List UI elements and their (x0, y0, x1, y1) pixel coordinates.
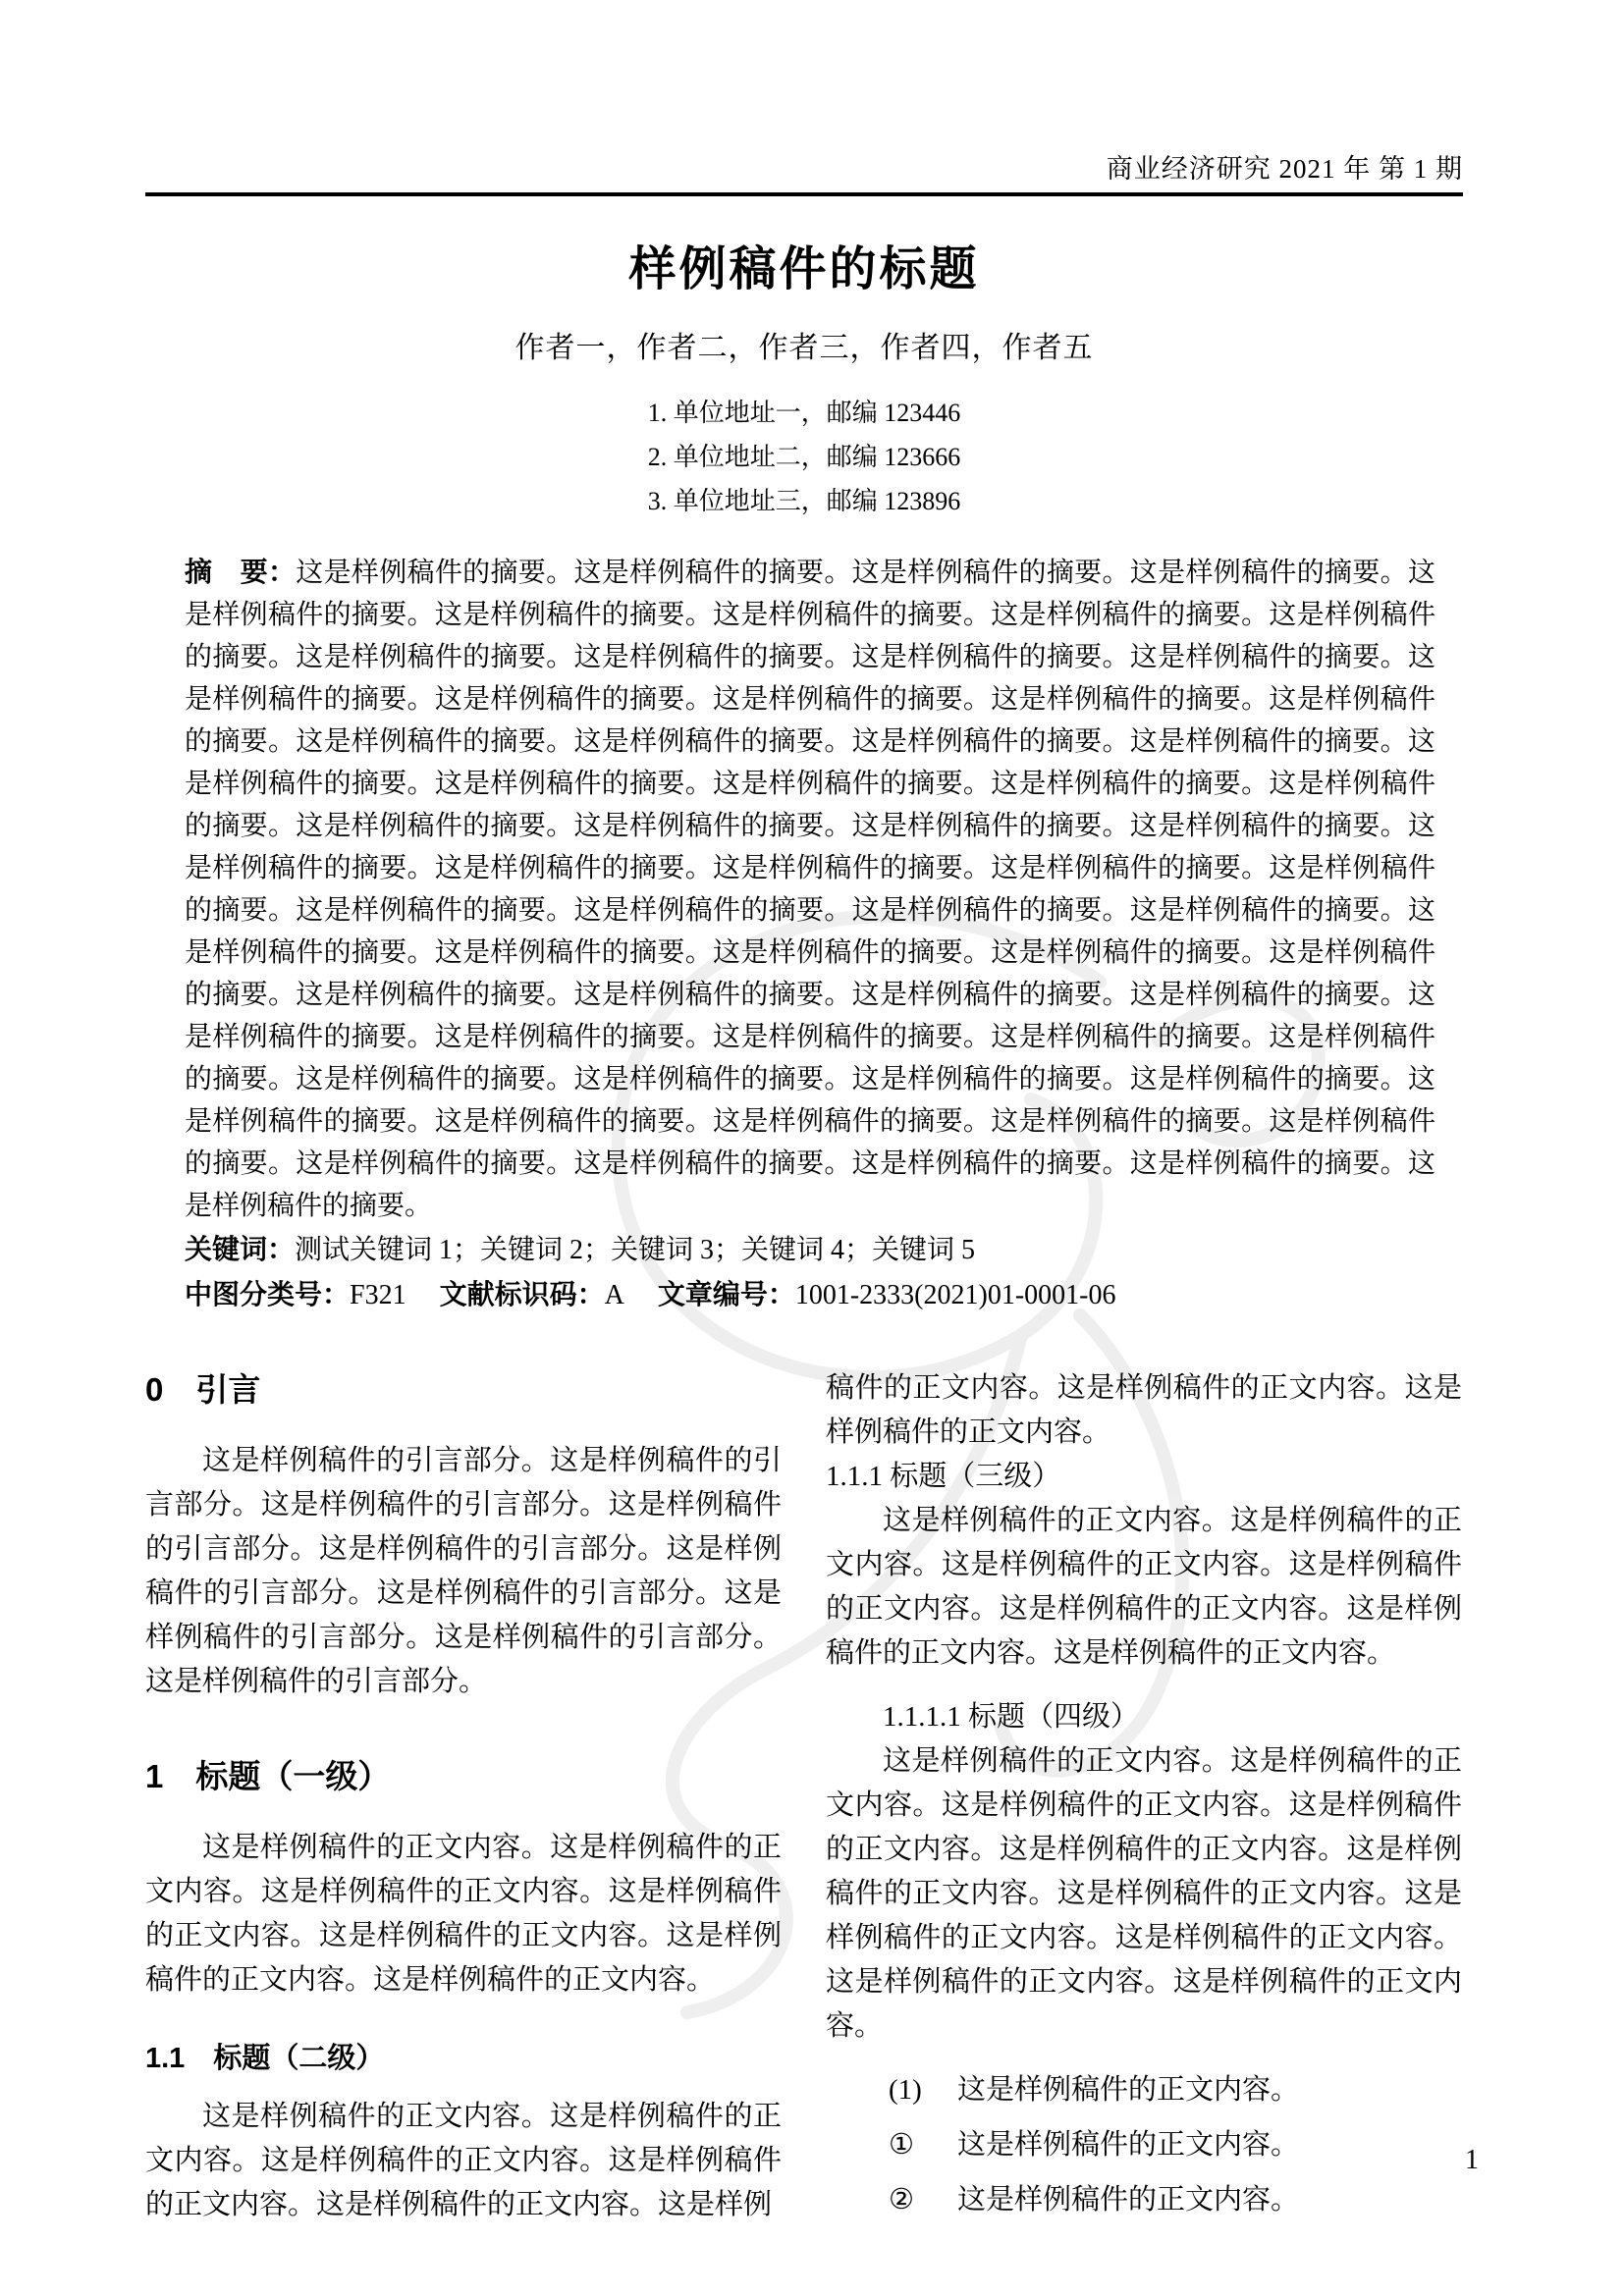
page-number: 1 (1465, 2138, 1479, 2182)
affiliation-item: 2. 单位地址二，邮编 123666 (145, 435, 1463, 479)
section-heading-1: 1 标题（一级） (145, 1753, 782, 1800)
journal-page: 商业经济研究 2021 年 第 1 期 样例稿件的标题 作者一，作者二，作者三，… (0, 0, 1624, 2296)
list-item: (1)这是样例稿件的正文内容。 (826, 2062, 1462, 2117)
intro-paragraph: 这是样例稿件的引言部分。这是样例稿件的引言部分。这是样例稿件的引言部分。这是样例… (145, 1439, 782, 1704)
list-item-marker: ② (889, 2172, 957, 2227)
affiliation-item: 1. 单位地址一，邮编 123446 (145, 391, 1463, 435)
section-heading-1-1: 1.1 标题（二级） (145, 2038, 782, 2079)
affiliation-list: 1. 单位地址一，邮编 123446 2. 单位地址二，邮编 123666 3.… (145, 391, 1463, 523)
keywords-line: 关键词：测试关键词 1；关键词 2；关键词 3；关键词 4；关键词 5 (185, 1227, 1435, 1272)
article-id-value: 1001-2333(2021)01-0001-06 (795, 1280, 1116, 1310)
journal-header: 商业经济研究 2021 年 第 1 期 (145, 153, 1463, 185)
list-item: ①这是样例稿件的正文内容。 (826, 2117, 1462, 2172)
keywords-label: 关键词： (185, 1234, 295, 1264)
section-1-1-paragraph-part1: 这是样例稿件的正文内容。这是样例稿件的正文内容。这是样例稿件的正文内容。这是样例… (145, 2095, 782, 2227)
article-id-label: 文章编号： (658, 1279, 795, 1309)
clc-value: F321 (350, 1280, 406, 1310)
section-heading-1-1-1-1: 1.1.1.1 标题（四级） (826, 1695, 1462, 1739)
page-content: 商业经济研究 2021 年 第 1 期 样例稿件的标题 作者一，作者二，作者三，… (0, 0, 1624, 2227)
classification-line: 中图分类号：F321文献标识码：A文章编号：1001-2333(2021)01-… (185, 1272, 1435, 1317)
list-item-text: 这是样例稿件的正文内容。 (957, 2074, 1299, 2106)
right-column: 稿件的正文内容。这是样例稿件的正文内容。这是样例稿件的正文内容。 1.1.1 标… (826, 1366, 1462, 2227)
list-item: ②这是样例稿件的正文内容。 (826, 2172, 1462, 2227)
left-column: 0 引言 这是样例稿件的引言部分。这是样例稿件的引言部分。这是样例稿件的引言部分… (145, 1366, 782, 2227)
list-item-text: 这是样例稿件的正文内容。 (957, 2184, 1299, 2216)
section-heading-1-1-1: 1.1.1 标题（三级） (826, 1455, 1462, 1499)
two-column-body: 0 引言 这是样例稿件的引言部分。这是样例稿件的引言部分。这是样例稿件的引言部分… (145, 1366, 1463, 2227)
affiliation-item: 3. 单位地址三，邮编 123896 (145, 479, 1463, 523)
list-item-marker: (1) (889, 2062, 957, 2117)
header-rule (145, 192, 1463, 196)
section-1-1-1-paragraph: 这是样例稿件的正文内容。这是样例稿件的正文内容。这是样例稿件的正文内容。这是样例… (826, 1499, 1462, 1676)
section-1-paragraph: 这是样例稿件的正文内容。这是样例稿件的正文内容。这是样例稿件的正文内容。这是样例… (145, 1826, 782, 2002)
doc-code-value: A (605, 1280, 624, 1310)
author-line: 作者一，作者二，作者三，作者四，作者五 (145, 328, 1463, 369)
abstract-text: 这是样例稿件的摘要。这是样例稿件的摘要。这是样例稿件的摘要。这是样例稿件的摘要。… (185, 558, 1435, 1221)
section-1-1-paragraph-part2: 稿件的正文内容。这是样例稿件的正文内容。这是样例稿件的正文内容。 (826, 1366, 1462, 1455)
keywords-text: 测试关键词 1；关键词 2；关键词 3；关键词 4；关键词 5 (295, 1235, 975, 1265)
article-title: 样例稿件的标题 (145, 240, 1463, 300)
list-item-marker: ① (889, 2117, 957, 2172)
list-item-text: 这是样例稿件的正文内容。 (957, 2129, 1299, 2161)
clc-label: 中图分类号： (185, 1279, 350, 1309)
abstract-paragraph: 摘 要：这是样例稿件的摘要。这是样例稿件的摘要。这是样例稿件的摘要。这是样例稿件… (185, 551, 1435, 1227)
abstract-label: 摘 要： (185, 557, 296, 587)
section-1-1-1-1-paragraph: 这是样例稿件的正文内容。这是样例稿件的正文内容。这是样例稿件的正文内容。这是样例… (826, 1739, 1462, 2049)
numbered-list: (1)这是样例稿件的正文内容。 ①这是样例稿件的正文内容。 ②这是样例稿件的正文… (826, 2062, 1462, 2227)
section-heading-intro: 0 引言 (145, 1366, 782, 1414)
doc-code-label: 文献标识码： (440, 1279, 605, 1309)
